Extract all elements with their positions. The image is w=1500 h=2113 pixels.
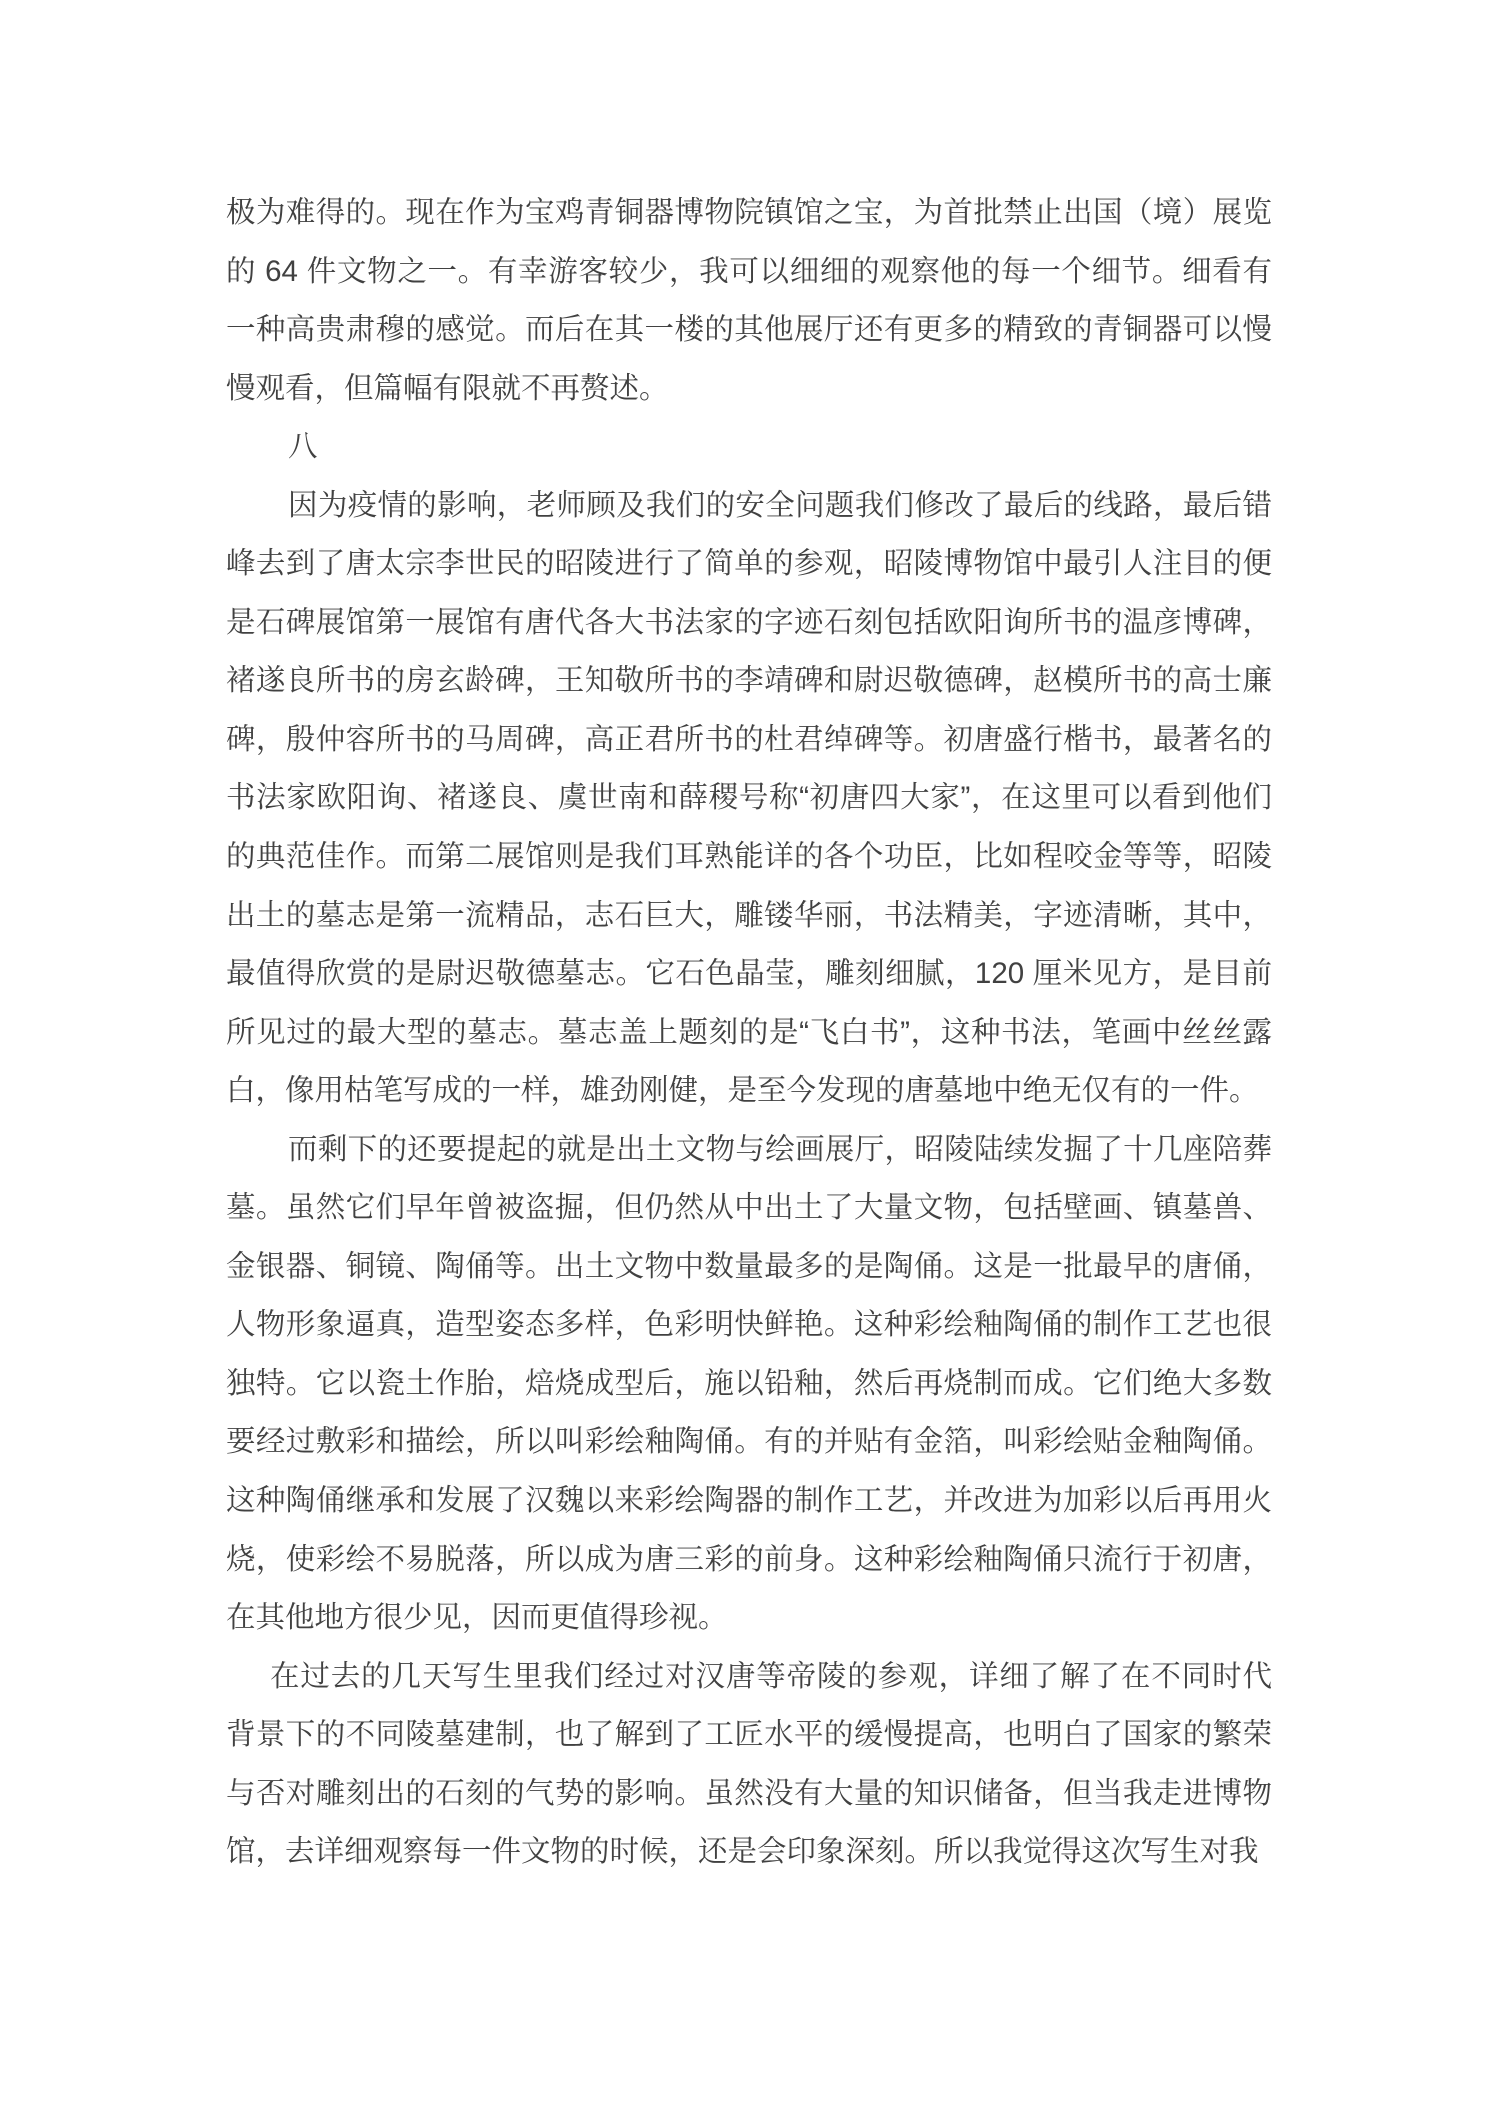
- section-heading: 八: [226, 418, 1272, 477]
- paragraph: 在过去的几天写生里我们经过对汉唐等帝陵的参观，详细了解了在不同时代 背景下的不同…: [226, 1648, 1272, 1882]
- text-line: 人物形象逼真，造型姿态多样，色彩明快鲜艳。这种彩绘釉陶俑的制作工艺也很: [226, 1296, 1272, 1355]
- document-page: 极为难得的。现在作为宝鸡青铜器博物院镇馆之宝，为首批禁止出国（境）展览 的 64…: [0, 0, 1500, 2113]
- text-line: 要经过敷彩和描绘，所以叫彩绘釉陶俑。有的并贴有金箔，叫彩绘贴金釉陶俑。: [226, 1413, 1272, 1472]
- text-line: 墓。虽然它们早年曾被盗掘，但仍然从中出土了大量文物，包括壁画、镇墓兽、: [226, 1179, 1272, 1238]
- section-heading-block: 八: [226, 418, 1272, 477]
- text-line: 极为难得的。现在作为宝鸡青铜器博物院镇馆之宝，为首批禁止出国（境）展览: [226, 184, 1272, 243]
- text-line: 因为疫情的影响，老师顾及我们的安全问题我们修改了最后的线路，最后错: [226, 477, 1272, 536]
- paragraph: 而剩下的还要提起的就是出土文物与绘画展厅，昭陵陆续发掘了十几座陪葬 墓。虽然它们…: [226, 1121, 1272, 1648]
- text-line: 慢观看，但篇幅有限就不再赘述。: [226, 360, 1272, 419]
- text-line: 峰去到了唐太宗李世民的昭陵进行了简单的参观，昭陵博物馆中最引人注目的便: [226, 535, 1272, 594]
- text-line: 烧，使彩绘不易脱落，所以成为唐三彩的前身。这种彩绘釉陶俑只流行于初唐，: [226, 1531, 1272, 1590]
- text-line: 所见过的最大型的墓志。墓志盖上题刻的是“飞白书”，这种书法，笔画中丝丝露: [226, 1004, 1272, 1063]
- text-line: 书法家欧阳询、褚遂良、虞世南和薛稷号称“初唐四大家”，在这里可以看到他们: [226, 769, 1272, 828]
- paragraph: 因为疫情的影响，老师顾及我们的安全问题我们修改了最后的线路，最后错 峰去到了唐太…: [226, 477, 1272, 1121]
- text-line: 这种陶俑继承和发展了汉魏以来彩绘陶器的制作工艺，并改进为加彩以后再用火: [226, 1472, 1272, 1531]
- text-line: 与否对雕刻出的石刻的气势的影响。虽然没有大量的知识储备，但当我走进博物: [226, 1765, 1272, 1824]
- text-line: 碑，殷仲容所书的马周碑，高正君所书的杜君绰碑等。初唐盛行楷书，最著名的: [226, 711, 1272, 770]
- text-line: 褚遂良所书的房玄龄碑，王知敬所书的李靖碑和尉迟敬德碑，赵模所书的高士廉: [226, 652, 1272, 711]
- text-line: 独特。它以瓷土作胎，焙烧成型后，施以铅釉，然后再烧制而成。它们绝大多数: [226, 1355, 1272, 1414]
- text-line: 在过去的几天写生里我们经过对汉唐等帝陵的参观，详细了解了在不同时代: [226, 1648, 1272, 1707]
- text-line: 金银器、铜镜、陶俑等。出土文物中数量最多的是陶俑。这是一批最早的唐俑，: [226, 1238, 1272, 1297]
- text-line: 出土的墓志是第一流精品，志石巨大，雕镂华丽，书法精美，字迹清晰，其中，: [226, 887, 1272, 946]
- text-line: 的 64 件文物之一。有幸游客较少，我可以细细的观察他的每一个细节。细看有: [226, 243, 1272, 302]
- paragraph: 极为难得的。现在作为宝鸡青铜器博物院镇馆之宝，为首批禁止出国（境）展览 的 64…: [226, 184, 1272, 418]
- text-line: 一种高贵肃穆的感觉。而后在其一楼的其他展厅还有更多的精致的青铜器可以慢: [226, 301, 1272, 360]
- text-line: 在其他地方很少见，因而更值得珍视。: [226, 1589, 1272, 1648]
- text-line: 是石碑展馆第一展馆有唐代各大书法家的字迹石刻包括欧阳询所书的温彦博碑，: [226, 594, 1272, 653]
- text-line: 而剩下的还要提起的就是出土文物与绘画展厅，昭陵陆续发掘了十几座陪葬: [226, 1121, 1272, 1180]
- text-line: 的典范佳作。而第二展馆则是我们耳熟能详的各个功臣，比如程咬金等等，昭陵: [226, 828, 1272, 887]
- text-line: 背景下的不同陵墓建制，也了解到了工匠水平的缓慢提高，也明白了国家的繁荣: [226, 1706, 1272, 1765]
- text-block: 极为难得的。现在作为宝鸡青铜器博物院镇馆之宝，为首批禁止出国（境）展览 的 64…: [226, 184, 1272, 1882]
- text-line: 最值得欣赏的是尉迟敬德墓志。它石色晶莹，雕刻细腻，120 厘米见方，是目前: [226, 945, 1272, 1004]
- text-line: 白，像用枯笔写成的一样，雄劲刚健，是至今发现的唐墓地中绝无仅有的一件。: [226, 1062, 1272, 1121]
- text-line: 馆，去详细观察每一件文物的时候，还是会印象深刻。所以我觉得这次写生对我: [226, 1823, 1272, 1882]
